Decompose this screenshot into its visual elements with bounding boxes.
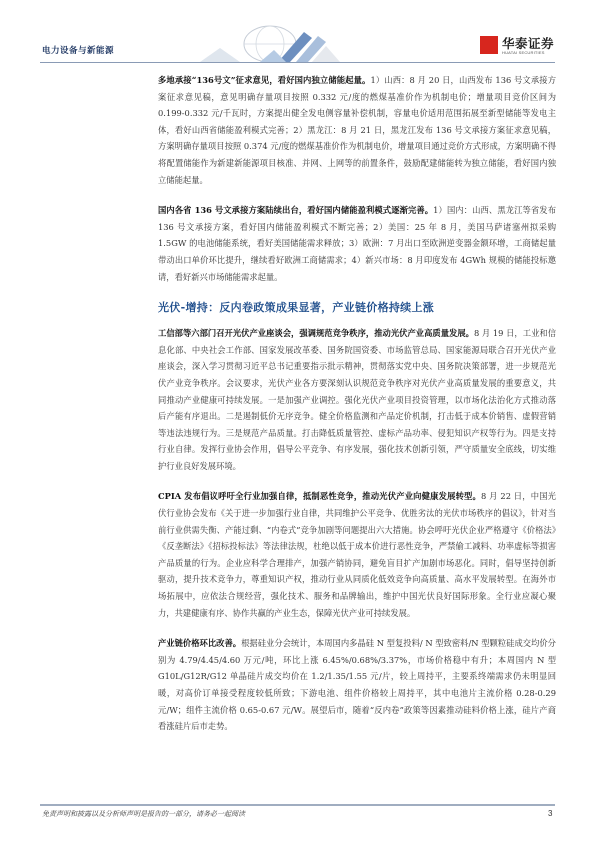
page-number: 3 bbox=[548, 809, 552, 818]
paragraph-lead: 产业链价格环比改善。 bbox=[158, 638, 241, 648]
report-body: 多地承接“136号文”征求意见，看好国内独立储能起量。1）山西：8 月 20 日… bbox=[158, 72, 556, 749]
huatai-logo: 华泰证券 HUATAI SECURITIES bbox=[480, 34, 560, 60]
huatai-logo-mark-icon bbox=[480, 36, 498, 54]
paragraph-body: 根据硅业分会统计，本周国内多晶硅 N 型复投料/ N 型致密料/N 型颗粒硅成交… bbox=[158, 638, 556, 731]
logo-english-name: HUATAI SECURITIES bbox=[502, 50, 545, 55]
storage-paragraph-2: 国内各省 136 号文承接方案陆续出台，看好国内储能盈利模式逐渐完善。1）国内：… bbox=[158, 202, 556, 285]
pv-paragraph-2: CPIA 发布倡议呼吁全行业加强自律，抵制恶性竞争，推动光伏产业向健康发展转型。… bbox=[158, 488, 556, 621]
storage-paragraph-1: 多地承接“136号文”征求意见，看好国内独立储能起量。1）山西：8 月 20 日… bbox=[158, 72, 556, 188]
pv-paragraph-3: 产业链价格环比改善。根据硅业分会统计，本周国内多晶硅 N 型复投料/ N 型致密… bbox=[158, 635, 556, 735]
paragraph-body: 1）山西：8 月 20 日，山西发布 136 号文承接方案征求意见稿，意见明确存… bbox=[158, 75, 556, 185]
paragraph-body: 8 月 22 日，中国光伏行业协会发布《关于进一步加强行业自律，共同维护公平竞争… bbox=[158, 491, 556, 617]
section-title-pv: 光伏-增持：反内卷政策成果显著，产业链价格持续上涨 bbox=[158, 299, 556, 315]
paragraph-lead: 工信部等六部门召开光伏产业座谈会，强调规范竞争秩序，推动光伏产业高质量发展。 bbox=[158, 328, 474, 338]
pv-paragraph-1: 工信部等六部门召开光伏产业座谈会，强调规范竞争秩序，推动光伏产业高质量发展。8 … bbox=[158, 325, 556, 474]
paragraph-body: 8 月 19 日，工业和信息化部、中央社会工作部、国家发展改革委、国务院国资委、… bbox=[158, 328, 556, 471]
footer-divider bbox=[40, 804, 555, 806]
paragraph-body: 1）国内：山西、黑龙江等省发布 136 号文承接方案，看好国内储能盈利模式不断完… bbox=[158, 205, 556, 281]
paragraph-lead: 国内各省 136 号文承接方案陆续出台，看好国内储能盈利模式逐渐完善。 bbox=[158, 205, 433, 215]
footer-disclaimer: 免责声明和披露以及分析师声明是报告的一部分，请务必一起阅读 bbox=[42, 809, 245, 819]
header-section-label: 电力设备与新能源 bbox=[42, 44, 114, 56]
paragraph-lead: 多地承接“136号文”征求意见，看好国内独立储能起量。 bbox=[158, 75, 370, 85]
paragraph-lead: CPIA 发布倡议呼吁全行业加强自律，抵制恶性竞争，推动光伏产业向健康发展转型。 bbox=[158, 491, 481, 501]
header-divider bbox=[40, 62, 555, 63]
header-globe-graphic-icon bbox=[200, 18, 340, 62]
page-header: 电力设备与新能源 华泰证券 HUATAI SECURITIES bbox=[0, 0, 595, 70]
